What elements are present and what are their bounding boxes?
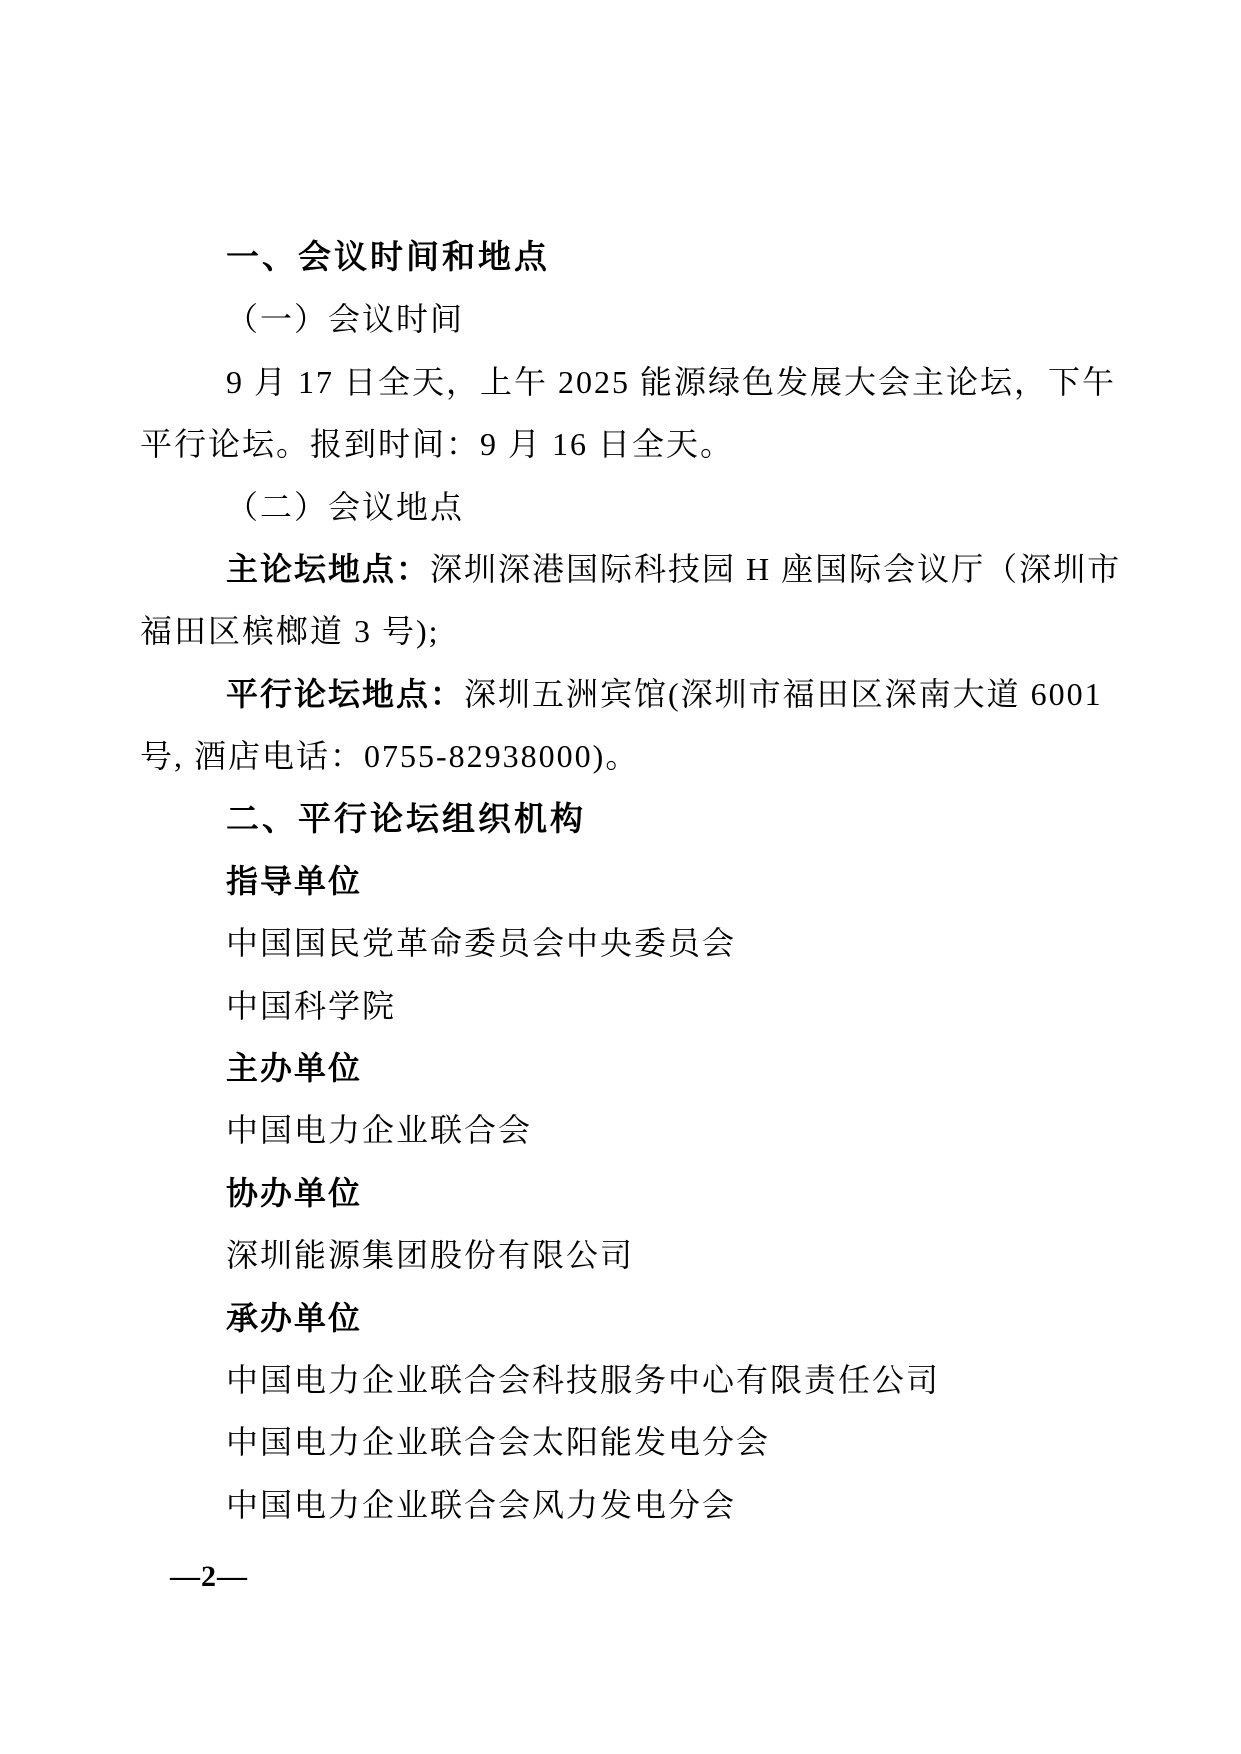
org-item: 中国电力企业联合会科技服务中心有限责任公司 [140, 1349, 1085, 1411]
main-forum-address-part1: 深圳深港国际科技园 H 座国际会议厅（深圳市 [430, 551, 1121, 587]
meeting-time-line1: 9 月 17 日全天，上午 2025 能源绿色发展大会主论坛，下午 [140, 351, 1085, 413]
org-group-label-organizer: 承办单位 [140, 1287, 1085, 1349]
main-forum-line1: 主论坛地点：深圳深港国际科技园 H 座国际会议厅（深圳市 [140, 538, 1085, 600]
org-item: 中国国民党革命委员会中央委员会 [140, 912, 1085, 974]
meeting-time-line2: 平行论坛。报到时间：9 月 16 日全天。 [140, 413, 1085, 475]
section1-sub1-heading: （一）会议时间 [140, 288, 1085, 350]
parallel-forum-label: 平行论坛地点： [226, 676, 464, 712]
main-forum-label: 主论坛地点： [226, 551, 430, 587]
org-group-label-host: 主办单位 [140, 1037, 1085, 1099]
org-item: 中国电力企业联合会太阳能发电分会 [140, 1411, 1085, 1473]
parallel-forum-address-part1: 深圳五洲宾馆(深圳市福田区深南大道 6001 [464, 676, 1103, 712]
org-item: 中国电力企业联合会 [140, 1099, 1085, 1161]
org-item: 中国科学院 [140, 975, 1085, 1037]
section1-heading: 一、会议时间和地点 [140, 226, 1085, 288]
section1-sub2-heading: （二）会议地点 [140, 476, 1085, 538]
main-forum-address-part2: 福田区槟榔道 3 号); [140, 600, 1085, 662]
parallel-forum-address-part2: 号, 酒店电话：0755-82938000)。 [140, 725, 1085, 787]
org-item: 深圳能源集团股份有限公司 [140, 1224, 1085, 1286]
section2-heading: 二、平行论坛组织机构 [140, 788, 1085, 850]
document-page: 一、会议时间和地点 （一）会议时间 9 月 17 日全天，上午 2025 能源绿… [0, 0, 1241, 1754]
parallel-forum-line1: 平行论坛地点：深圳五洲宾馆(深圳市福田区深南大道 6001 [140, 663, 1085, 725]
org-group-label-guidance: 指导单位 [140, 850, 1085, 912]
page-number: —2— [170, 1556, 248, 1598]
document-content: 一、会议时间和地点 （一）会议时间 9 月 17 日全天，上午 2025 能源绿… [140, 226, 1085, 1536]
org-group-label-cohost: 协办单位 [140, 1162, 1085, 1224]
org-item: 中国电力企业联合会风力发电分会 [140, 1474, 1085, 1536]
